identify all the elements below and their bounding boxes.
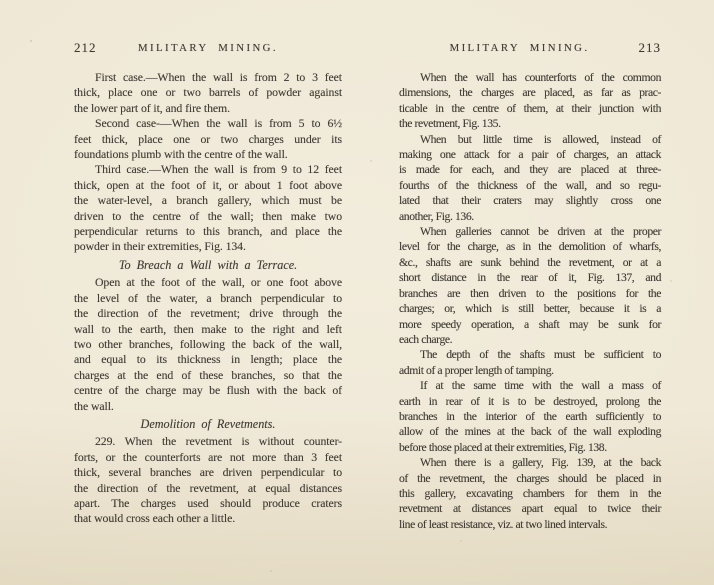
text-line: revetment at distances apart equal to tw… xyxy=(399,501,661,516)
text-line: foundations plumb with the centre of the… xyxy=(74,147,342,162)
text-line: branches in the interior of the earth su… xyxy=(399,409,661,424)
text-line: 229. When the revetment is without count… xyxy=(74,434,342,449)
page-left: 212 MILITARY MINING. First case.—When th… xyxy=(74,40,342,527)
text-line: thick, open at the foot of it, or about … xyxy=(74,178,342,193)
section-heading: To Breach a Wall with a Terrace. xyxy=(74,258,342,273)
page-left-header: 212 MILITARY MINING. xyxy=(74,40,342,56)
text-line: wall to the earth, then make to the righ… xyxy=(74,322,342,337)
page-number-right: 213 xyxy=(639,40,662,56)
text-line: charges; or, which is still better, beca… xyxy=(399,301,661,316)
text-line: Third case.—When the wall is from 9 to 1… xyxy=(74,162,342,177)
text-line: apart. The charges used should produce c… xyxy=(74,496,342,511)
text-line: the level of the water, a branch perpend… xyxy=(74,291,342,306)
text-line: driven to the centre of the wall; then m… xyxy=(74,209,342,224)
text-line: each charge. xyxy=(399,332,661,347)
text-line: charges at the end of these branches, so… xyxy=(74,368,342,383)
text-line: is made for each, and they are placed at… xyxy=(399,162,661,177)
text-line: of the revetment, the charges should be … xyxy=(399,471,661,486)
text-line: the revetment, Fig. 135. xyxy=(399,116,661,131)
running-title-left: MILITARY MINING. xyxy=(138,42,278,54)
page-number-left: 212 xyxy=(74,40,97,56)
text-line: and equal to its thickness in length; pl… xyxy=(74,352,342,367)
running-title-right: MILITARY MINING. xyxy=(450,42,590,54)
text-line: First case.—When the wall is from 2 to 3… xyxy=(74,70,342,85)
text-line: dimensions, the charges are placed, as f… xyxy=(399,85,661,100)
text-line: perpendicular returns to this branch, an… xyxy=(74,224,342,239)
text-line: this gallery, excavating chambers for th… xyxy=(399,486,661,501)
text-line: line of least resistance, viz. at two li… xyxy=(399,517,661,532)
text-line: forts, or the counterforts are not more … xyxy=(74,450,342,465)
text-line: the wall. xyxy=(74,399,342,414)
text-line: more speedy operation, a shaft may be su… xyxy=(399,317,661,332)
text-line: the direction of the revetment, at equal… xyxy=(74,481,342,496)
text-line: the lower part of it, and fire them. xyxy=(74,101,342,116)
text-line: centre of the charge may be flush with t… xyxy=(74,383,342,398)
text-line: lated that their craters may slightly cr… xyxy=(399,193,661,208)
text-line: another, Fig. 136. xyxy=(399,209,661,224)
text-line: When galleries cannot be driven at the p… xyxy=(399,224,661,239)
text-line: two other branches, following the back o… xyxy=(74,337,342,352)
text-line: earth in rear of it is to be destroyed, … xyxy=(399,394,661,409)
section-heading: Demolition of Revetments. xyxy=(74,417,342,432)
text-line: making one attack for a pair of charges,… xyxy=(399,147,661,162)
page-right-body: When the wall has counterforts of the co… xyxy=(399,70,661,532)
text-line: thick, place one or two barrels of powde… xyxy=(74,85,342,100)
text-line: Second case-—When the wall is from 5 to … xyxy=(74,116,342,131)
text-line: fourths of the thickness of the wall, an… xyxy=(399,178,661,193)
text-line: the direction of the revetment; drive th… xyxy=(74,306,342,321)
text-line: before those placed at their extremities… xyxy=(399,440,661,455)
text-line: When there is a gallery, Fig. 139, at th… xyxy=(399,455,661,470)
text-line: ticable in the centre of them, at their … xyxy=(399,101,661,116)
page-right: MILITARY MINING. 213 When the wall has c… xyxy=(399,40,661,532)
text-line: admit of a proper length of tamping. xyxy=(399,363,661,378)
text-line: When but little time is allowed, instead… xyxy=(399,132,661,147)
text-line: If at the same time with the wall a mass… xyxy=(399,378,661,393)
book-scan-spread: 212 MILITARY MINING. First case.—When th… xyxy=(0,0,714,585)
page-right-header: MILITARY MINING. 213 xyxy=(399,40,661,56)
page-left-body: First case.—When the wall is from 2 to 3… xyxy=(74,70,342,527)
text-line: the water-level, a branch gallery, which… xyxy=(74,193,342,208)
text-line: The depth of the shafts must be sufficie… xyxy=(399,347,661,362)
text-line: allow of the mines at the back of the wa… xyxy=(399,424,661,439)
text-line: When the wall has counterforts of the co… xyxy=(399,70,661,85)
text-line: Open at the foot of the wall, or one foo… xyxy=(74,275,342,290)
text-line: thick, several branches are driven perpe… xyxy=(74,465,342,480)
text-line: that would cross each other a little. xyxy=(74,511,342,526)
text-line: short distance in the rear of it, Fig. 1… xyxy=(399,270,661,285)
text-line: feet thick, place one or two charges und… xyxy=(74,132,342,147)
text-line: powder in their extremities, Fig. 134. xyxy=(74,239,342,254)
text-line: level for the charge, as in the demoliti… xyxy=(399,239,661,254)
text-line: branches are then driven to the position… xyxy=(399,286,661,301)
text-line: &c., shafts are sunk behind the revetmen… xyxy=(399,255,661,270)
